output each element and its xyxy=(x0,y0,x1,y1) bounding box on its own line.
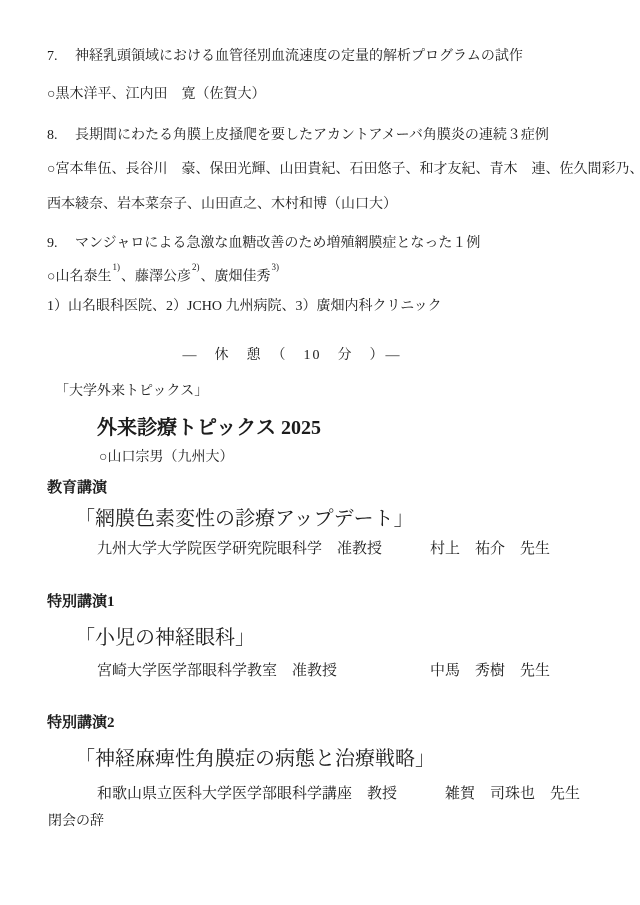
presentation-9-affiliations: 1）山名眼科医院、2）JCHO 九州病院、3）廣畑内科クリニック xyxy=(47,296,442,318)
special-lecture-2-heading: 特別講演2 xyxy=(47,712,115,734)
lecture-affiliation: 宮崎大学医学部眼科学教室 准教授 xyxy=(97,663,337,679)
presentation-9-number: 9. xyxy=(47,233,75,255)
presentation-9-authors: ○山名泰生1)、藤澤公彦2)、廣畑佳秀3) xyxy=(47,261,280,289)
lecture-speaker: 村上 祐介 先生 xyxy=(430,538,550,560)
special-lecture-1-heading: 特別講演1 xyxy=(47,591,115,613)
program-document-page: 7.神経乳頭領域における血管径別血流速度の定量的解析プログラムの試作 ○黒木洋平… xyxy=(0,0,640,905)
presentation-8-authors-line-1: ○宮本隼伍、長谷川 豪、保田光輝、山田貴紀、石田悠子、和才友紀、青木 連、佐久間… xyxy=(47,159,640,181)
author-name: 、藤澤公彦 xyxy=(121,270,191,285)
special-lecture-1-speaker-line: 宮崎大学医学部眼科学教室 准教授中馬 秀樹 先生 xyxy=(97,660,640,682)
educational-lecture-speaker-line: 九州大学大学院医学研究院眼科学 准教授村上 祐介 先生 xyxy=(97,538,640,560)
author-name: 、廣畑佳秀 xyxy=(200,270,270,285)
presentation-7-title-line: 7.神経乳頭領域における血管径別血流速度の定量的解析プログラムの試作 xyxy=(47,46,523,68)
author-ref-2: 2) xyxy=(192,262,200,272)
presentation-9-title-line: 9.マンジャロによる急激な血糖改善のため増殖網膜症となった１例 xyxy=(47,233,480,255)
presentation-8-authors-line-2: 西本綾奈、岩本菜奈子、山田直之、木村和博（山口大） xyxy=(47,194,397,216)
presentation-7-number: 7. xyxy=(47,46,75,68)
break-notice: ― 休 憩 （ 10 分 ）― xyxy=(0,345,584,367)
presentation-7-title: 神経乳頭領域における血管径別血流速度の定量的解析プログラムの試作 xyxy=(75,49,523,64)
educational-lecture-heading: 教育講演 xyxy=(47,477,107,499)
lecture-affiliation: 和歌山県立医科大学医学部眼科学講座 教授 xyxy=(97,786,397,802)
educational-lecture-title: 「網膜色素変性の診療アップデート」 xyxy=(75,505,414,533)
author-ref-1: 1) xyxy=(112,262,120,272)
author-ref-3: 3) xyxy=(271,262,279,272)
presentation-9-title: マンジャロによる急激な血糖改善のため増殖網膜症となった１例 xyxy=(75,236,480,251)
presentation-8-title-line: 8.長期間にわたる角膜上皮掻爬を要したアカントアメーバ角膜炎の連続３症例 xyxy=(47,125,549,147)
special-lecture-2-title: 「神経麻痺性角膜症の病態と治療戦略」 xyxy=(75,745,435,773)
special-lecture-1-title: 「小児の神経眼科」 xyxy=(75,624,255,652)
presentation-8-number: 8. xyxy=(47,125,75,147)
author-name: ○山名泰生 xyxy=(47,270,111,285)
topics-section-label: 「大学外来トピックス」 xyxy=(55,381,208,403)
presentation-7-authors: ○黒木洋平、江内田 寛（佐賀大） xyxy=(47,84,265,106)
lecture-speaker: 雑賀 司珠也 先生 xyxy=(445,783,580,805)
lecture-speaker: 中馬 秀樹 先生 xyxy=(430,660,550,682)
topics-title: 外来診療トピックス 2025 xyxy=(97,414,321,442)
presentation-8-title: 長期間にわたる角膜上皮掻爬を要したアカントアメーバ角膜炎の連続３症例 xyxy=(75,128,549,143)
topics-presenter: ○山口宗男（九州大） xyxy=(99,447,233,469)
closing-remarks: 閉会の辞 xyxy=(48,811,104,833)
special-lecture-2-speaker-line: 和歌山県立医科大学医学部眼科学講座 教授雑賀 司珠也 先生 xyxy=(97,783,640,805)
lecture-affiliation: 九州大学大学院医学研究院眼科学 准教授 xyxy=(97,541,382,557)
